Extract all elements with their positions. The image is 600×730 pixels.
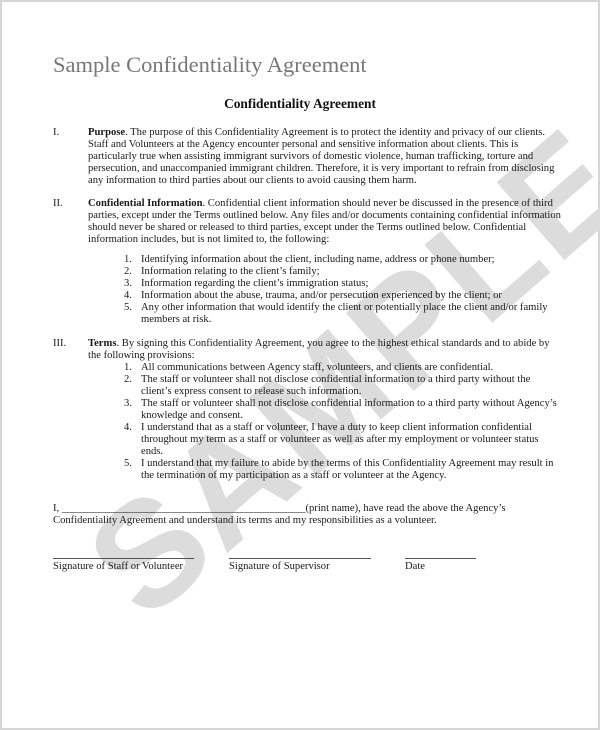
list-item: 1.All communications between Agency staf… — [53, 362, 563, 374]
acknowledgement-statement: I, _____________________________________… — [53, 503, 563, 527]
section-heading: Purpose — [88, 127, 125, 138]
section-terms: III. Terms. By signing this Confidential… — [53, 338, 563, 482]
section-text: . By signing this Confidentiality Agreem… — [88, 338, 550, 361]
section-confidential-information: II. Confidential Information. Confidenti… — [53, 198, 563, 326]
list-item: 3.Information regarding the client’s imm… — [53, 278, 563, 290]
confidential-info-list: 1.Identifying information about the clie… — [53, 254, 563, 326]
section-heading: Terms — [88, 338, 116, 349]
list-item: 4.I understand that as a staff or volunt… — [53, 422, 563, 458]
signature-line[interactable] — [229, 558, 371, 559]
section-heading: Confidential Information — [88, 198, 202, 209]
agreement-heading: Confidentiality Agreement — [0, 96, 600, 112]
list-item: 1.Identifying information about the clie… — [53, 254, 563, 266]
section-purpose: I. Purpose. The purpose of this Confiden… — [53, 127, 563, 187]
section-numeral: III. — [53, 338, 66, 350]
signature-staff-volunteer: Signature of Staff or Volunteer — [53, 558, 194, 572]
section-numeral: I. — [53, 127, 59, 139]
list-item: 4.Information about the abuse, trauma, a… — [53, 290, 563, 302]
signature-line[interactable] — [53, 558, 194, 559]
print-name-field[interactable]: ________________________________________… — [62, 503, 306, 514]
signature-supervisor: Signature of Supervisor — [229, 558, 371, 572]
signature-label: Signature of Staff or Volunteer — [53, 561, 194, 572]
terms-list: 1.All communications between Agency staf… — [53, 362, 563, 482]
list-item: 2.Information relating to the client’s f… — [53, 266, 563, 278]
document-title: Sample Confidentiality Agreement — [53, 52, 367, 78]
section-numeral: II. — [53, 198, 63, 210]
list-item: 2.The staff or volunteer shall not discl… — [53, 374, 563, 398]
list-item: 5.I understand that my failure to abide … — [53, 458, 563, 482]
section-text: . The purpose of this Confidentiality Ag… — [88, 127, 554, 186]
date-line[interactable] — [405, 558, 476, 559]
date-label: Date — [405, 561, 476, 572]
list-item: 3.The staff or volunteer shall not discl… — [53, 398, 563, 422]
signature-date: Date — [405, 558, 476, 572]
signature-label: Signature of Supervisor — [229, 561, 371, 572]
list-item: 5.Any other information that would ident… — [53, 302, 563, 326]
